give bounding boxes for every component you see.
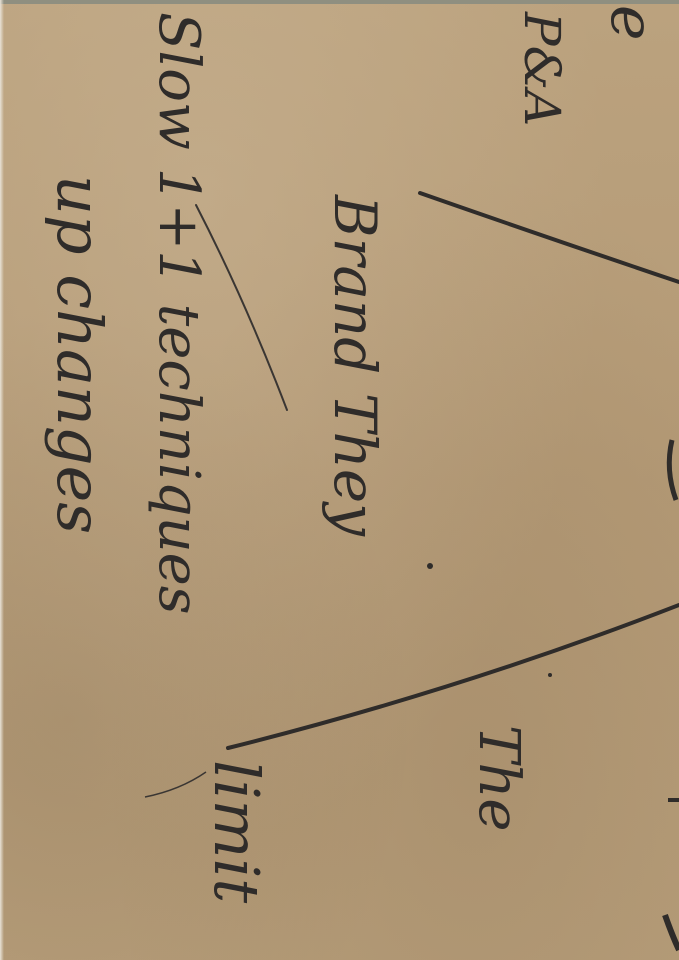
ink-dot [427,563,433,569]
handwriting-layer: Slow 1+1 techniques up changes Brand The… [0,0,679,960]
note-pa: P&A [513,11,571,126]
ink-dot [548,673,552,677]
note-limit: limit [200,760,273,903]
note-the: The [466,725,531,832]
edge-stroke [669,440,676,500]
note-slow-techniques: Slow 1+1 techniques [146,12,211,615]
diagonal-stroke-lower [228,605,679,748]
edge-stroke [665,915,679,950]
thin-connector-stroke [145,772,206,797]
diagonal-stroke-upper [420,193,679,282]
note-brand-they: Brand They [321,194,389,537]
note-edge-fragment: e [597,5,667,41]
note-up-changes: up changes [43,175,116,534]
